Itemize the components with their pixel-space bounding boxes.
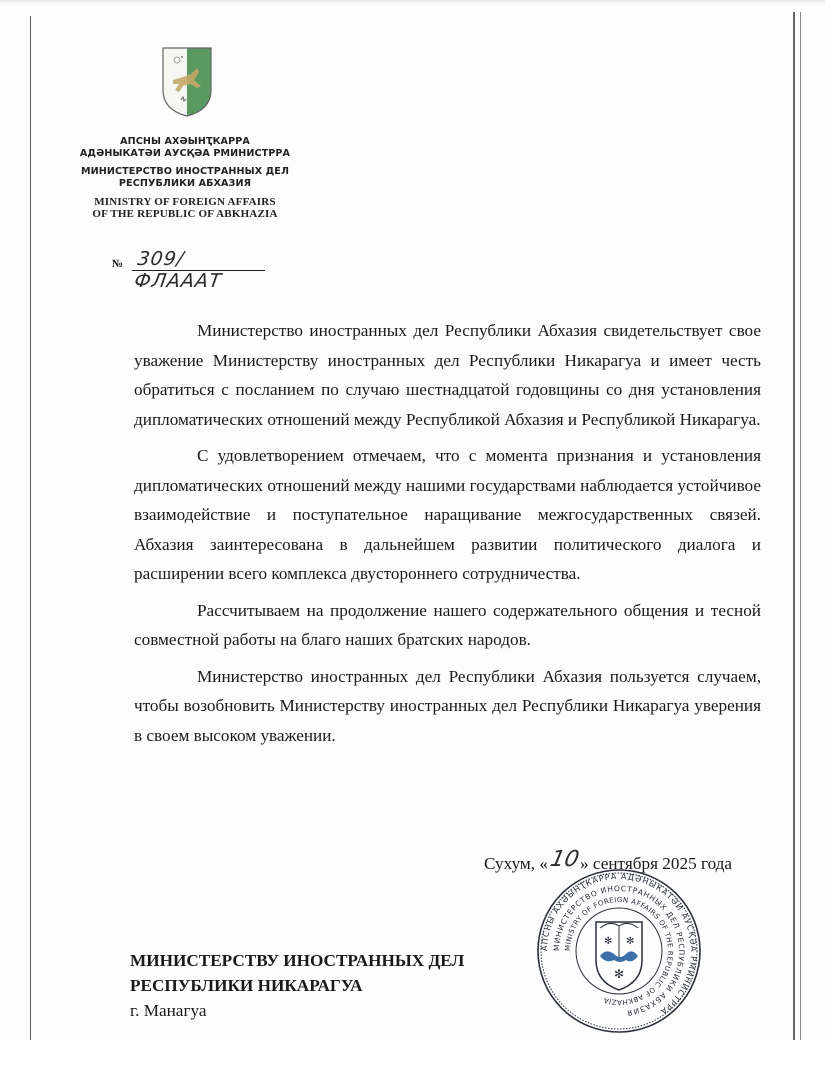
letter-body: Министерство иностранных дел Республики … bbox=[134, 316, 761, 757]
addressee-block: МИНИСТЕРСТВУ ИНОСТРАННЫХ ДЕЛ РЕСПУБЛИКИ … bbox=[130, 948, 464, 1023]
letterhead-abkhaz-line2: АДӘНЫКАТӘИ АУСҚӘА РМИНИСТРРА bbox=[70, 148, 300, 160]
abkhazia-coat-of-arms-icon bbox=[161, 46, 213, 118]
addressee-line2: РЕСПУБЛИКИ НИКАРАГУА bbox=[130, 973, 464, 998]
page-border-right bbox=[793, 12, 795, 1040]
svg-text:✻: ✻ bbox=[626, 936, 634, 947]
official-seal-icon: АПСНЫ АХӘЫНҬКАРРА АДӘНЫКАТӘИ АУСҚӘА РМИН… bbox=[536, 868, 702, 1034]
svg-text:✻: ✻ bbox=[604, 936, 612, 947]
letterhead: АПСНЫ АХӘЫНҬКАРРА АДӘНЫКАТӘИ АУСҚӘА РМИН… bbox=[70, 136, 300, 226]
addressee-line1: МИНИСТЕРСТВУ ИНОСТРАННЫХ ДЕЛ bbox=[130, 948, 464, 973]
number-sign: № bbox=[112, 258, 123, 270]
page-border-left bbox=[30, 16, 31, 1040]
body-paragraph: Рассчитываем на продолжение нашего содер… bbox=[134, 596, 761, 655]
letterhead-russian-line2: РЕСПУБЛИКИ АБХАЗИЯ bbox=[70, 178, 300, 190]
svg-text:✻: ✻ bbox=[614, 967, 624, 981]
letterhead-english-line2: OF THE REPUBLIC OF ABKHAZIA bbox=[70, 208, 300, 220]
scan-top-edge bbox=[0, 0, 825, 4]
letterhead-english: MINISTRY OF FOREIGN AFFAIRS OF THE REPUB… bbox=[70, 196, 300, 220]
body-paragraph: С удовлетворением отмечаем, что с момент… bbox=[134, 441, 761, 589]
scan-bottom-margin bbox=[0, 1040, 825, 1076]
letterhead-english-line1: MINISTRY OF FOREIGN AFFAIRS bbox=[70, 196, 300, 208]
letterhead-abkhaz: АПСНЫ АХӘЫНҬКАРРА АДӘНЫКАТӘИ АУСҚӘА РМИН… bbox=[70, 136, 300, 160]
letterhead-abkhaz-line1: АПСНЫ АХӘЫНҬКАРРА bbox=[70, 136, 300, 148]
body-paragraph: Министерство иностранных дел Республики … bbox=[134, 662, 761, 751]
reference-underline bbox=[132, 270, 265, 271]
body-paragraph: Министерство иностранных дел Республики … bbox=[134, 316, 761, 434]
addressee-city: г. Манагуа bbox=[130, 998, 464, 1023]
reference-number: № 309/ФЛАААТ bbox=[112, 246, 262, 270]
letterhead-russian: МИНИСТЕРСТВО ИНОСТРАННЫХ ДЕЛ РЕСПУБЛИКИ … bbox=[70, 166, 300, 190]
page-border-right-outer bbox=[800, 12, 801, 1040]
letterhead-russian-line1: МИНИСТЕРСТВО ИНОСТРАННЫХ ДЕЛ bbox=[70, 166, 300, 178]
